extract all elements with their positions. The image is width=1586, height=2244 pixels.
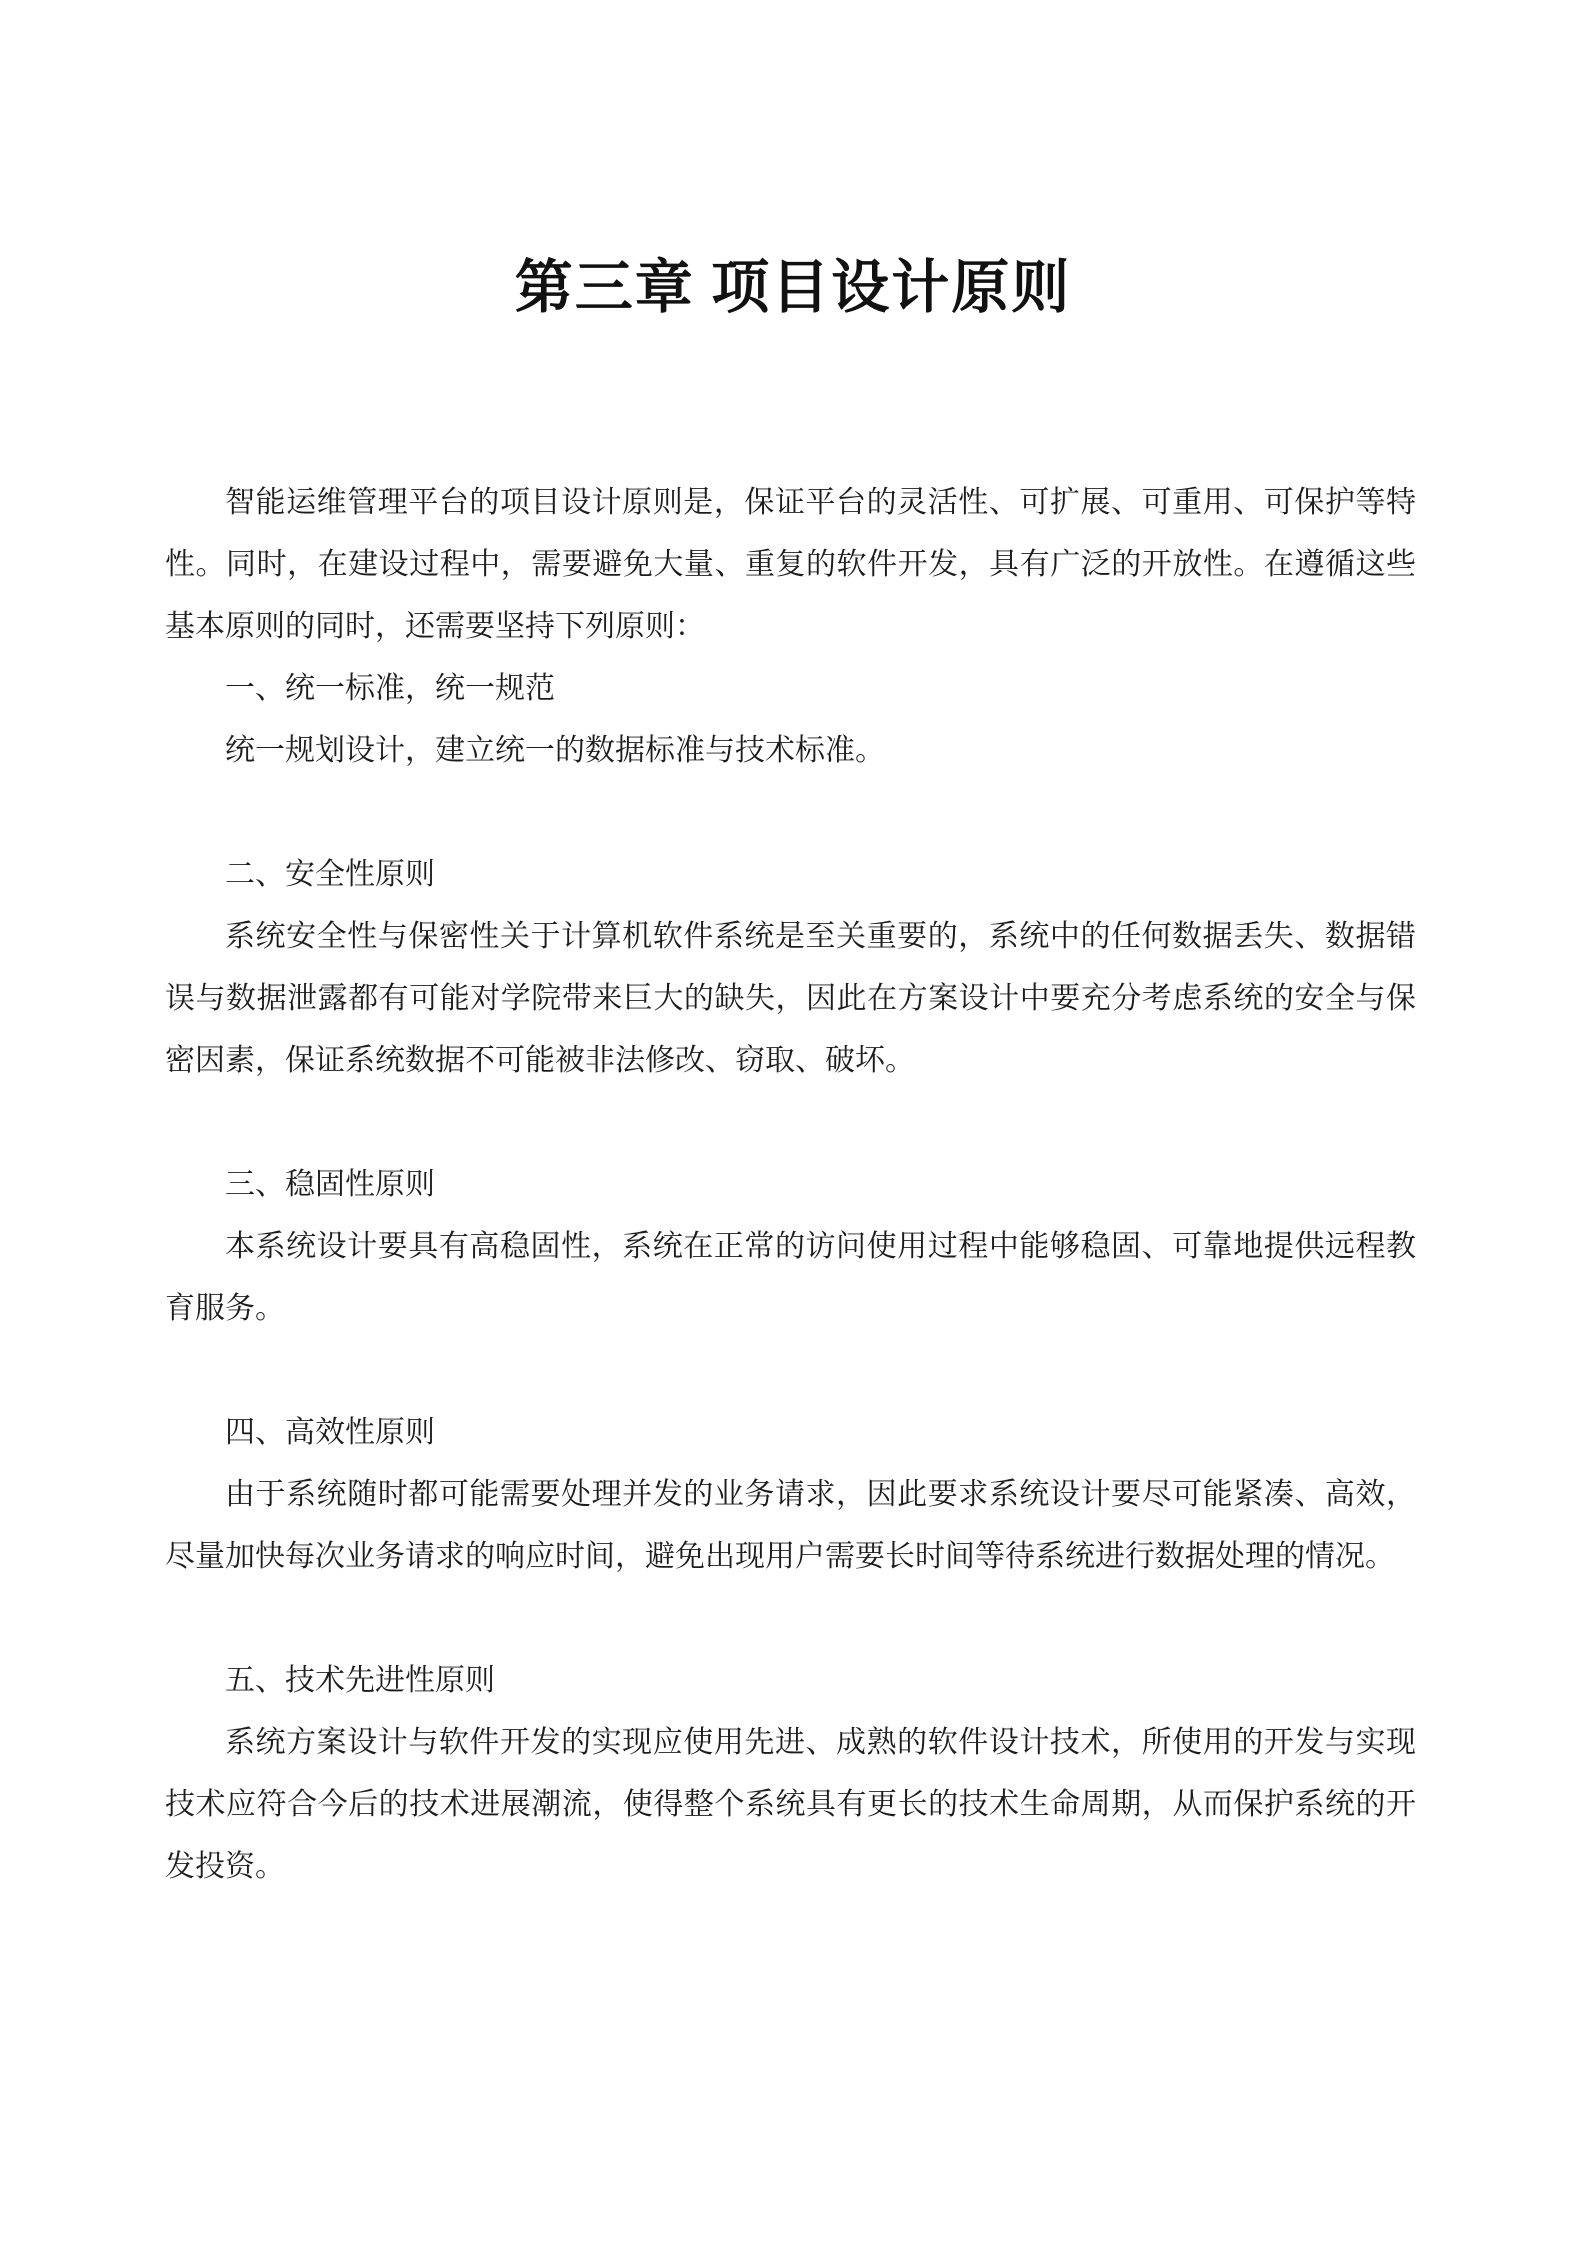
page-title: 第三章 项目设计原则 (0, 253, 1586, 323)
document-body: 智能运维管理平台的项目设计原则是，保证平台的灵活性、可扩展、可重用、可保护等特性… (165, 472, 1416, 1898)
section-efficiency: 四、高效性原则 由于系统随时都可能需要处理并发的业务请求，因此要求系统设计要尽可… (165, 1402, 1416, 1588)
section-body: 本系统设计要具有高稳固性，系统在正常的访问使用过程中能够稳固、可靠地提供远程教育… (165, 1216, 1416, 1340)
intro-paragraph: 智能运维管理平台的项目设计原则是，保证平台的灵活性、可扩展、可重用、可保护等特性… (165, 472, 1416, 658)
section-body: 系统安全性与保密性关于计算机软件系统是至关重要的，系统中的任何数据丢失、数据错误… (165, 906, 1416, 1092)
section-advanced-technology: 五、技术先进性原则 系统方案设计与软件开发的实现应使用先进、成熟的软件设计技术，… (165, 1650, 1416, 1898)
section-heading: 五、技术先进性原则 (165, 1650, 1416, 1712)
section-unified-standards: 一、统一标准，统一规范 统一规划设计，建立统一的数据标准与技术标准。 (165, 658, 1416, 782)
section-body: 系统方案设计与软件开发的实现应使用先进、成熟的软件设计技术，所使用的开发与实现技… (165, 1712, 1416, 1898)
section-heading: 二、安全性原则 (165, 844, 1416, 906)
section-heading: 三、稳固性原则 (165, 1154, 1416, 1216)
section-body: 统一规划设计，建立统一的数据标准与技术标准。 (165, 720, 1416, 782)
section-heading: 一、统一标准，统一规范 (165, 658, 1416, 720)
document-page: 第三章 项目设计原则 智能运维管理平台的项目设计原则是，保证平台的灵活性、可扩展… (0, 0, 1586, 2244)
section-body: 由于系统随时都可能需要处理并发的业务请求，因此要求系统设计要尽可能紧凑、高效，尽… (165, 1464, 1416, 1588)
section-stability: 三、稳固性原则 本系统设计要具有高稳固性，系统在正常的访问使用过程中能够稳固、可… (165, 1154, 1416, 1340)
section-heading: 四、高效性原则 (165, 1402, 1416, 1464)
section-security: 二、安全性原则 系统安全性与保密性关于计算机软件系统是至关重要的，系统中的任何数… (165, 844, 1416, 1092)
